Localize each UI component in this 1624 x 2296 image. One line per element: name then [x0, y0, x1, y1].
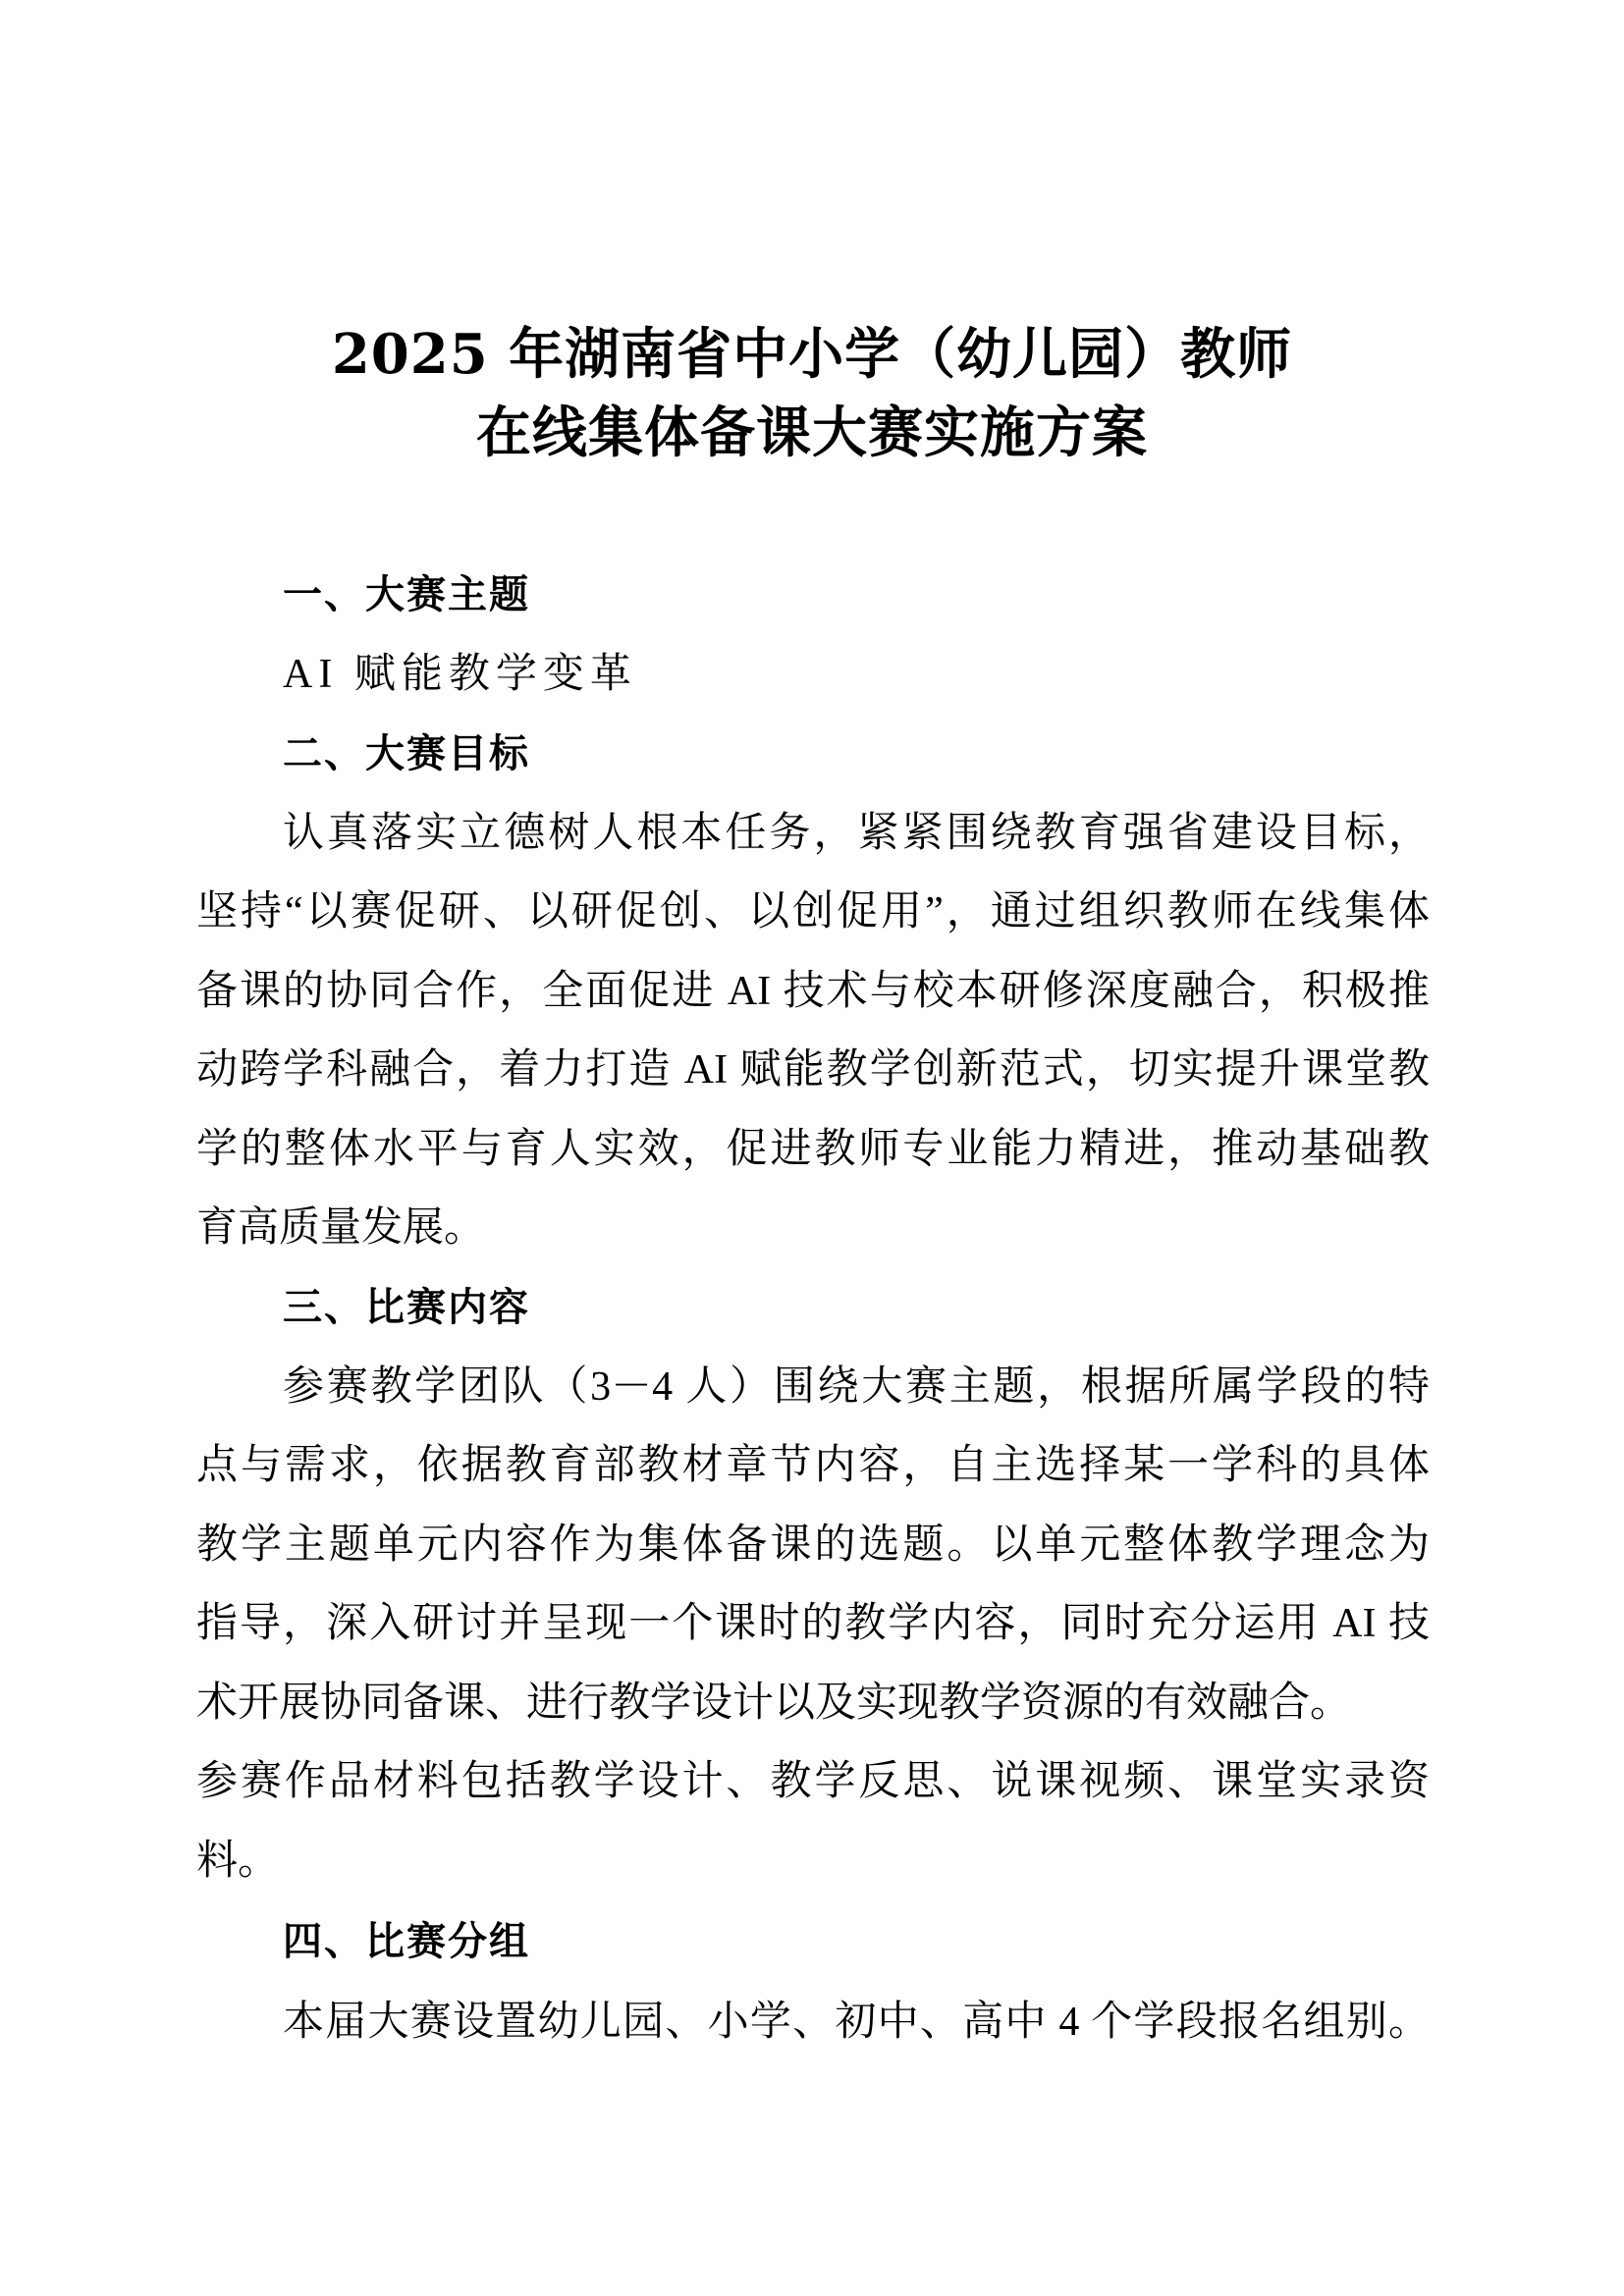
paragraph-line: 料。 — [196, 1832, 1430, 1891]
document-title-line-2: 在线集体备课大赛实施方案 — [0, 399, 1624, 467]
paragraph-line: 动跨学科融合，着力打造 AI 赋能教学创新范式，切实提升课堂教 — [196, 1041, 1430, 1099]
paragraph-line: 坚持“以赛促研、以研促创、以创促用”，通过组织教师在线集体 — [196, 882, 1430, 941]
paragraph-line: 学的整体水平与育人实效，促进教师专业能力精进，推动基础教 — [196, 1120, 1430, 1179]
paragraph-line: 术开展协同备课、进行教学设计以及实现教学资源的有效融合。 — [196, 1674, 1430, 1733]
paragraph-line: 本届大赛设置幼儿园、小学、初中、高中 4 个学段报名组别。 — [283, 1993, 1430, 2052]
paragraph-line: 教学主题单元内容作为集体备课的选题。以单元整体教学理念为 — [196, 1516, 1430, 1575]
paragraph-line: 点与需求，依据教育部教材章节内容，自主选择某一学科的具体 — [196, 1436, 1430, 1495]
section-theme-text: AI 赋能教学变革 — [283, 645, 637, 704]
paragraph-line: 指导，深入研讨并呈现一个课时的教学内容，同时充分运用 AI 技 — [196, 1594, 1430, 1653]
paragraph-line: 备课的协同合作，全面促进 AI 技术与校本研修深度融合，积极推 — [196, 962, 1430, 1021]
section-heading-groups: 四、比赛分组 — [283, 1912, 530, 1971]
section-heading-goals: 二、大赛目标 — [283, 724, 530, 783]
paragraph-line: 认真落实立德树人根本任务，紧紧围绕教育强省建设目标， — [283, 804, 1430, 863]
paragraph-line: 参赛作品材料包括教学设计、教学反思、说课视频、课堂实录资 — [196, 1752, 1430, 1811]
paragraph-line: 参赛教学团队（3－4 人）围绕大赛主题，根据所属学段的特 — [283, 1358, 1430, 1416]
paragraph-line: 育高质量发展。 — [196, 1199, 1430, 1257]
section-heading-content: 三、比赛内容 — [283, 1278, 530, 1337]
document-page: 2025 年湖南省中小学（幼儿园）教师 在线集体备课大赛实施方案 一、大赛主题 … — [0, 0, 1624, 2296]
section-heading-theme: 一、大赛主题 — [283, 565, 530, 624]
document-title-line-1: 2025 年湖南省中小学（幼儿园）教师 — [0, 320, 1624, 389]
